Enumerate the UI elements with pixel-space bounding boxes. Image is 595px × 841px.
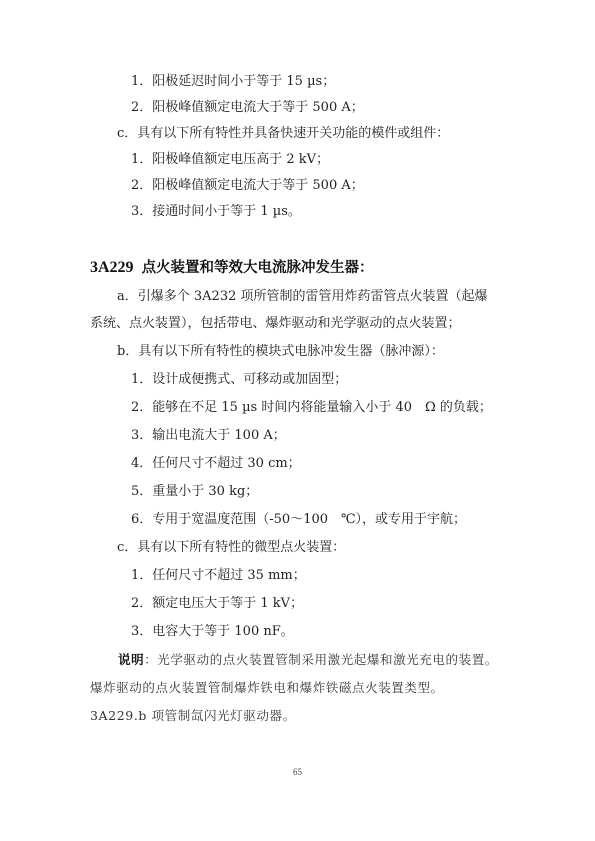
list-item: 2．阳极峰值额定电流大于等于 500 A； bbox=[131, 100, 364, 116]
list-item: 3．输出电流大于 100 A； bbox=[131, 428, 286, 444]
list-item: 5．重量小于 30 kg； bbox=[131, 484, 258, 500]
paragraph-c-heading: c．具有以下所有特性的微型点火装置： bbox=[117, 540, 345, 556]
section-heading: 3A229点火装置和等效大电流脉冲发生器： bbox=[90, 260, 374, 276]
list-item: 3．电容大于等于 100 nF。 bbox=[131, 624, 294, 640]
list-item: 4．任何尺寸不超过 30 cm； bbox=[131, 456, 301, 472]
paragraph-a-line1: a．引爆多个 3A232 项所管制的雷管用炸药雷管点火装置（起爆 bbox=[117, 289, 488, 305]
list-item: 1．阳极延迟时间小于等于 15 µs； bbox=[131, 74, 335, 90]
note-label: 说明 bbox=[118, 652, 144, 667]
note-line1: 说明：光学驱动的点火装置管制采用激光起爆和激光充电的装置。 bbox=[118, 652, 498, 668]
list-item: 6．专用于宽温度范围（-50～100 ℃），或专用于宇航； bbox=[131, 512, 466, 528]
list-item: 2．阳极峰值额定电流大于等于 500 A； bbox=[131, 178, 364, 194]
list-item: 3．接通时间小于等于 1 µs。 bbox=[131, 204, 301, 220]
page-number: 65 bbox=[0, 767, 595, 777]
list-item: 1．设计成便携式、可移动或加固型； bbox=[131, 372, 347, 388]
note-line3: 3A229.b 项管制氙闪光灯驱动器。 bbox=[90, 708, 296, 724]
note-line2: 爆炸驱动的点火装置管制爆炸铁电和爆炸铁磁点火装置类型。 bbox=[90, 680, 444, 696]
list-item: 2．能够在不足 15 µs 时间内将能量输入小于 40 Ω 的负载； bbox=[131, 400, 492, 416]
section-title: 点火装置和等效大电流脉冲发生器： bbox=[142, 259, 374, 276]
paragraph-b-heading: b．具有以下所有特性的模块式电脉冲发生器（脉冲源）： bbox=[117, 344, 444, 360]
section-code: 3A229 bbox=[90, 259, 134, 276]
list-item: c．具有以下所有特性并具备快速开关功能的模件或组件： bbox=[117, 126, 449, 142]
list-item: 1．任何尺寸不超过 35 mm； bbox=[131, 568, 306, 584]
paragraph-a-line2: 系统、点火装置），包括带电、爆炸驱动和光学驱动的点火装置； bbox=[90, 316, 461, 332]
list-item: 1．阳极峰值额定电压高于 2 kV； bbox=[131, 152, 329, 168]
list-item: 2．额定电压大于等于 1 kV； bbox=[131, 596, 303, 612]
note-text: ：光学驱动的点火装置管制采用激光起爆和激光充电的装置。 bbox=[144, 652, 498, 667]
